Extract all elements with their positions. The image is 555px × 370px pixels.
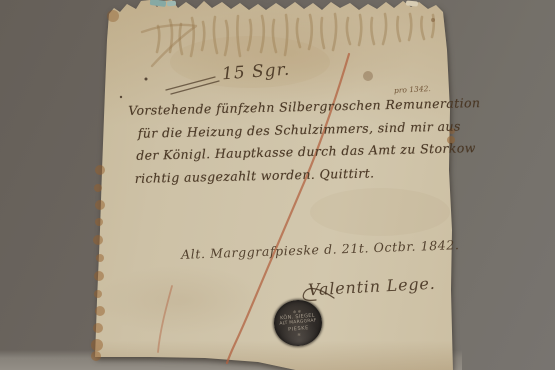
seal-bottom-ornament: ✻: [297, 332, 301, 337]
ink-specks: [120, 78, 148, 99]
photo-frame: 15 Sgr. pro 1342. Vorstehende fünfzehn S…: [0, 0, 555, 370]
left-edge-stains: [91, 165, 105, 361]
red-pencil-stroke-faint: [158, 286, 172, 352]
body-paragraph: Vorstehende fünfzehn Silbergroschen Remu…: [128, 92, 470, 190]
